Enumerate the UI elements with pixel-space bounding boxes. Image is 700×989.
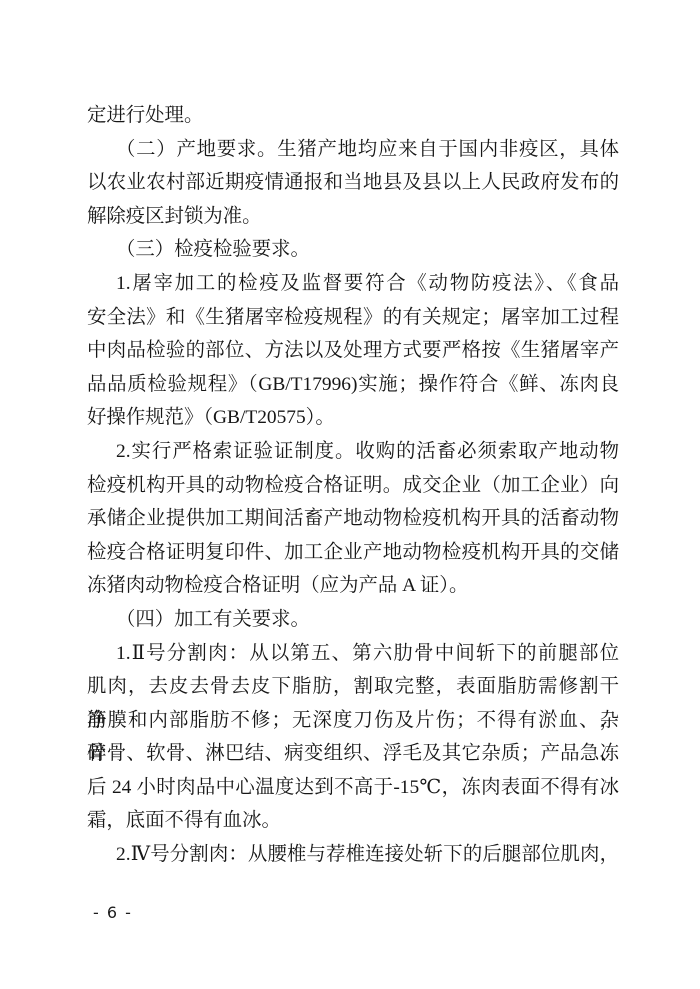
document-line: 2.Ⅳ号分割肉：从腰椎与荐椎连接处斩下的后腿部位肌肉， bbox=[87, 838, 619, 872]
document-line: 筋膜和内部脂肪不修；无深度刀伤及片伤；不得有淤血、杂骨、 bbox=[87, 704, 619, 738]
page-number: - 6 - bbox=[93, 903, 132, 923]
document-line: （三）检疫检验要求。 bbox=[87, 233, 619, 267]
document-line: 承储企业提供加工期间活畜产地动物检疫机构开具的活畜动物 bbox=[87, 502, 619, 536]
document-line: 安全法》和《生猪屠宰检疫规程》的有关规定；屠宰加工过程 bbox=[87, 301, 619, 335]
document-line: （四）加工有关要求。 bbox=[87, 603, 619, 637]
document-line: 后 24 小时肉品中心温度达到不高于-15℃，冻肉表面不得有冰 bbox=[87, 771, 619, 805]
document-line: 1.Ⅱ号分割肉：从以第五、第六肋骨中间斩下的前腿部位 bbox=[87, 637, 619, 671]
document-line: 肌肉，去皮去骨去皮下脂肪，割取完整，表面脂肪需修割干净， bbox=[87, 670, 619, 704]
document-line: 中肉品检验的部位、方法以及处理方式要严格按《生猪屠宰产 bbox=[87, 334, 619, 368]
document-line: 品品质检验规程》（GB/T17996)实施；操作符合《鲜、冻肉良 bbox=[87, 368, 619, 402]
document-line: 霜，底面不得有血冰。 bbox=[87, 804, 619, 838]
document-line: 检疫合格证明复印件、加工企业产地动物检疫机构开具的交储 bbox=[87, 536, 619, 570]
document-line: 冻猪肉动物检疫合格证明（应为产品 A 证）。 bbox=[87, 569, 619, 603]
document-line: （二）产地要求。生猪产地均应来自于国内非疫区，具体 bbox=[87, 133, 619, 167]
document-line: 碎骨、软骨、淋巴结、病变组织、浮毛及其它杂质；产品急冻 bbox=[87, 737, 619, 771]
document-line: 2.实行严格索证验证制度。收购的活畜必须索取产地动物 bbox=[87, 435, 619, 469]
document-line: 好操作规范》（GB/T20575）。 bbox=[87, 401, 619, 435]
document-line: 解除疫区封锁为准。 bbox=[87, 200, 619, 234]
document-line: 以农业农村部近期疫情通报和当地县及县以上人民政府发布的 bbox=[87, 166, 619, 200]
document-line: 检疫机构开具的动物检疫合格证明。成交企业（加工企业）向 bbox=[87, 469, 619, 503]
document-line: 定进行处理。 bbox=[87, 99, 619, 133]
document-text: 定进行处理。（二）产地要求。生猪产地均应来自于国内非疫区，具体以农业农村部近期疫… bbox=[87, 99, 619, 872]
document-line: 1.屠宰加工的检疫及监督要符合《动物防疫法》、《食品 bbox=[87, 267, 619, 301]
document-page: 定进行处理。（二）产地要求。生猪产地均应来自于国内非疫区，具体以农业农村部近期疫… bbox=[0, 0, 700, 989]
